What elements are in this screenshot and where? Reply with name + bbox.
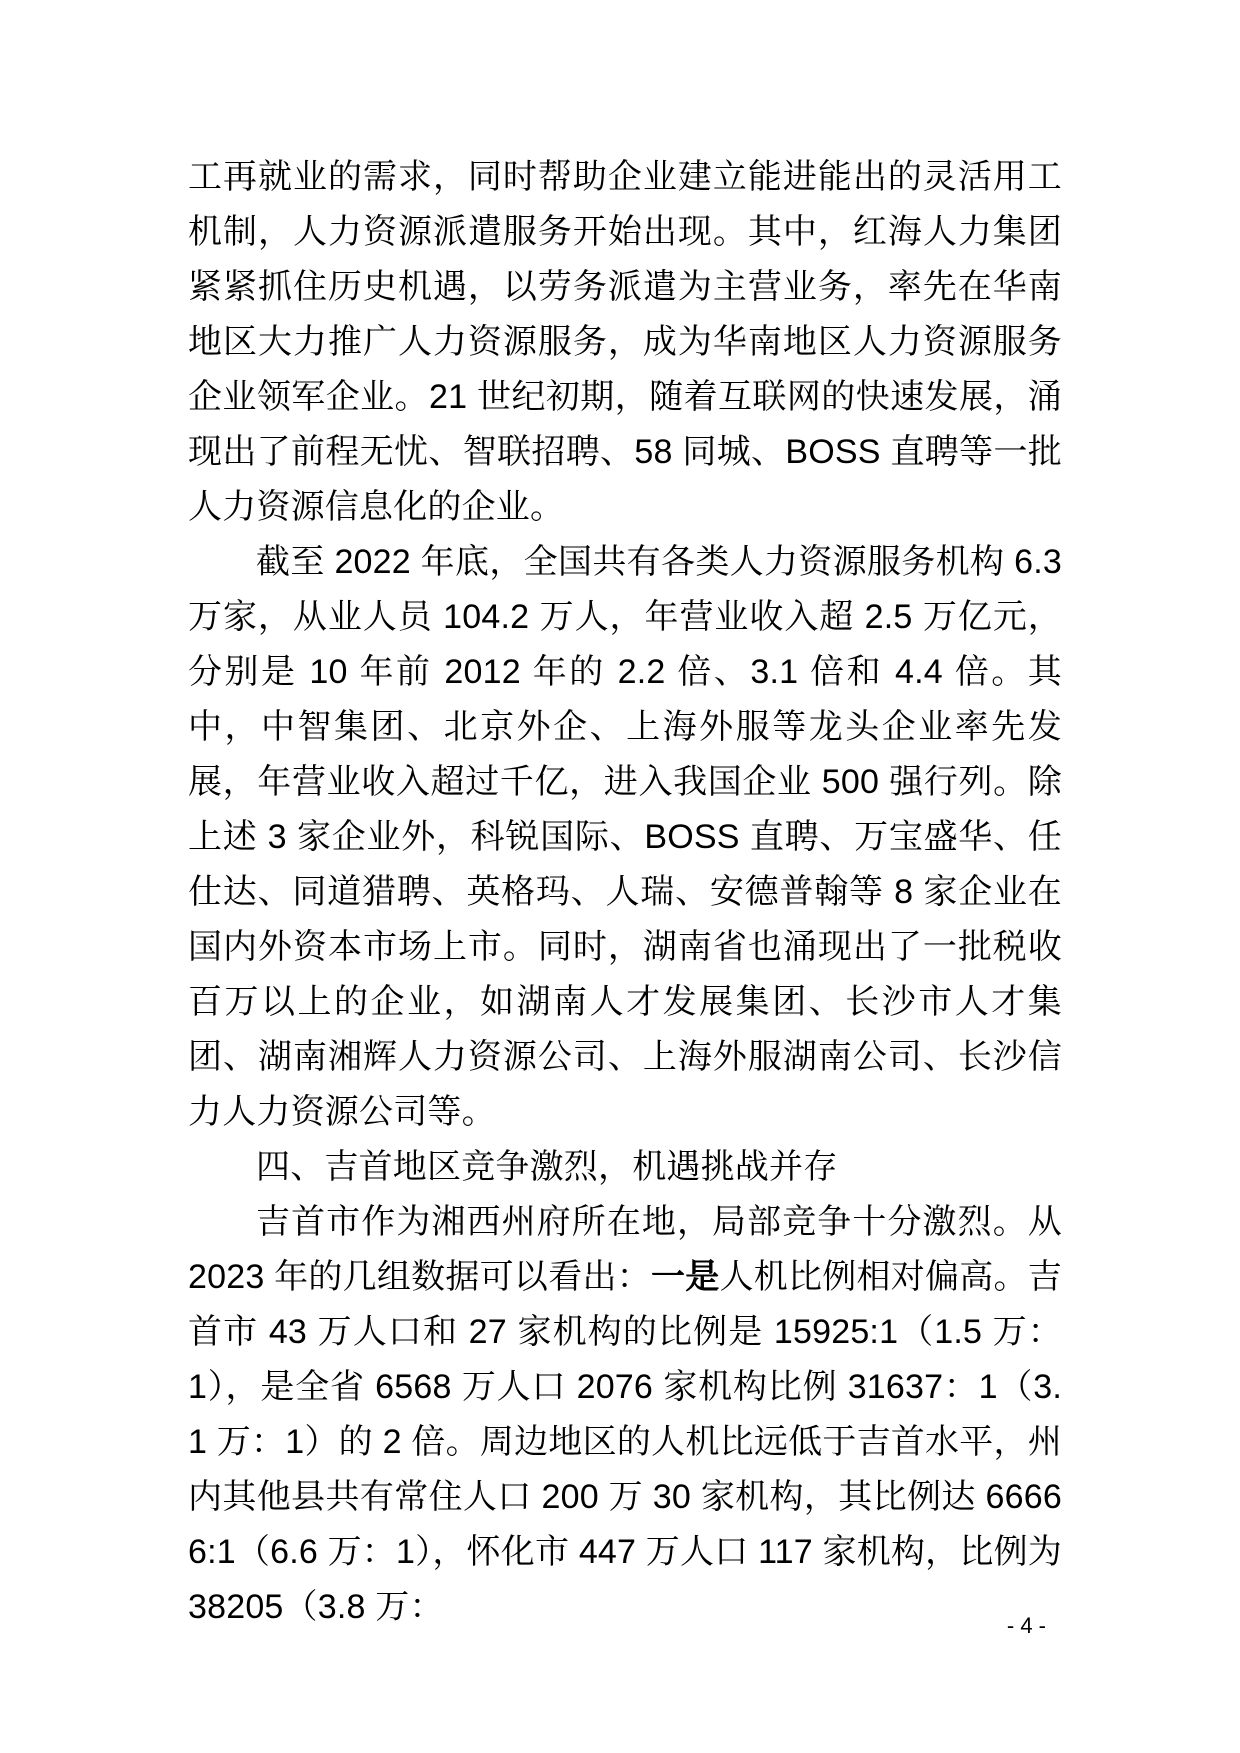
paragraph-jishou-competition: 吉首市作为湘西州府所在地，局部竞争十分激烈。从 2023 年的几组数据可以看出：…	[188, 1195, 1062, 1635]
paragraph-segment-detail: 人机比例相对偏高。吉首市 43 万人口和 27 家机构的比例是 15925:1（…	[188, 1258, 1062, 1626]
paragraph-continued: 工再就业的需求，同时帮助企业建立能进能出的灵活用工机制，人力资源派遣服务开始出现…	[188, 150, 1062, 535]
page-number: - 4 -	[188, 1612, 1062, 1640]
document-page: 工再就业的需求，同时帮助企业建立能进能出的灵活用工机制，人力资源派遣服务开始出现…	[0, 0, 1240, 1753]
paragraph-national-stats: 截至 2022 年底，全国共有各类人力资源服务机构 6.3 万家，从业人员 10…	[188, 535, 1062, 1140]
section-heading: 四、吉首地区竞争激烈，机遇挑战并存	[188, 1140, 1062, 1195]
document-body: 工再就业的需求，同时帮助企业建立能进能出的灵活用工机制，人力资源派遣服务开始出现…	[188, 150, 1062, 1635]
paragraph-segment-emphasis: 一是	[651, 1258, 720, 1296]
